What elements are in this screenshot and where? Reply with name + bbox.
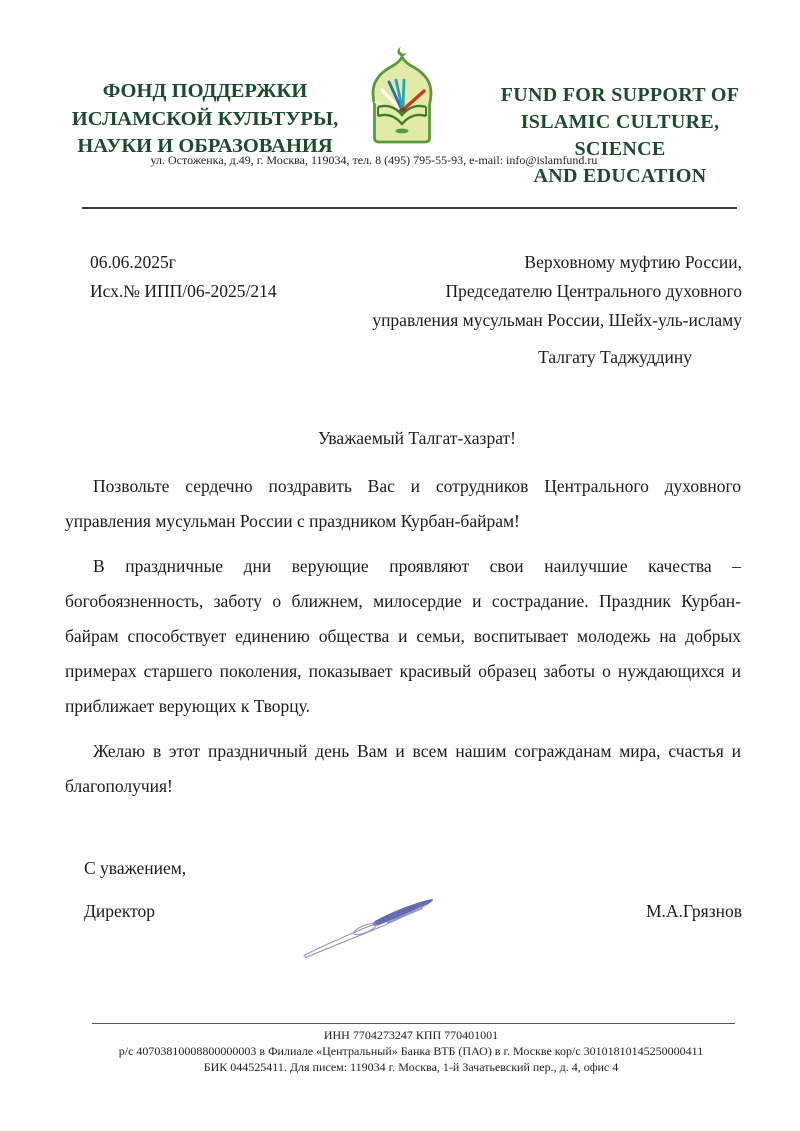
signature-small-loop <box>352 921 377 937</box>
footer-bik-address: БИК 044525411. Для писем: 119034 г. Моск… <box>76 1059 746 1075</box>
paragraph-1: Позвольте сердечно поздравить Вас и сотр… <box>65 469 741 539</box>
signer-name: М.А.Грязнов <box>646 901 742 922</box>
addressee-name: Талгату Таджуддину <box>322 343 742 372</box>
closing-line: С уважением, <box>84 858 186 879</box>
org-ru-line-2: ИСЛАМСКОЙ КУЛЬТУРЫ, <box>59 106 351 134</box>
addressee-block: Верховному муфтию России, Председателю Ц… <box>322 248 742 372</box>
footer-bank-account: р/с 40703810008800000003 в Филиале «Цент… <box>76 1043 746 1059</box>
letter-meta: 06.06.2025г Исх.№ ИПП/06-2025/214 <box>90 248 277 306</box>
footer-inn-kpp: ИНН 7704273247 КПП 770401001 <box>76 1027 746 1043</box>
footer-divider <box>92 1023 735 1024</box>
org-ru-line-1: ФОНД ПОДДЕРЖКИ <box>59 78 351 106</box>
signature-row: Директор М.А.Грязнов <box>84 901 742 922</box>
paragraph-2: В праздничные дни верующие проявляют сво… <box>65 549 741 724</box>
org-name-english: FUND FOR SUPPORT OF ISLAMIC CULTURE, SCI… <box>483 82 757 190</box>
header-divider <box>82 207 737 209</box>
letter-ref-number: Исх.№ ИПП/06-2025/214 <box>90 277 277 306</box>
crescent-cutout <box>400 46 408 54</box>
addressee-line-2: Председателю Центрального духовного <box>322 277 742 306</box>
signer-title: Директор <box>84 901 155 922</box>
book-base-dot <box>396 129 409 134</box>
mosque-open-book-logo-icon <box>362 44 442 148</box>
footer-requisites: ИНН 7704273247 КПП 770401001 р/с 4070381… <box>76 1027 746 1075</box>
addressee-line-3: управления мусульман России, Шейх-уль-ис… <box>322 306 742 335</box>
salutation: Уважаемый Талгат-хазрат! <box>65 428 741 449</box>
letter-page: ФОНД ПОДДЕРЖКИ ИСЛАМСКОЙ КУЛЬТУРЫ, НАУКИ… <box>0 0 800 1131</box>
letter-date: 06.06.2025г <box>90 248 277 277</box>
ray-teal-2 <box>403 80 404 107</box>
org-contact-line: ул. Остоженка, д.49, г. Москва, 119034, … <box>42 153 706 168</box>
org-en-line-1: FUND FOR SUPPORT OF <box>483 82 757 109</box>
org-name-russian: ФОНД ПОДДЕРЖКИ ИСЛАМСКОЙ КУЛЬТУРЫ, НАУКИ… <box>59 78 351 161</box>
addressee-line-1: Верховному муфтию России, <box>322 248 742 277</box>
letter-body: Позвольте сердечно поздравить Вас и сотр… <box>65 469 741 814</box>
paragraph-3: Желаю в этот праздничный день Вам и всем… <box>65 734 741 804</box>
